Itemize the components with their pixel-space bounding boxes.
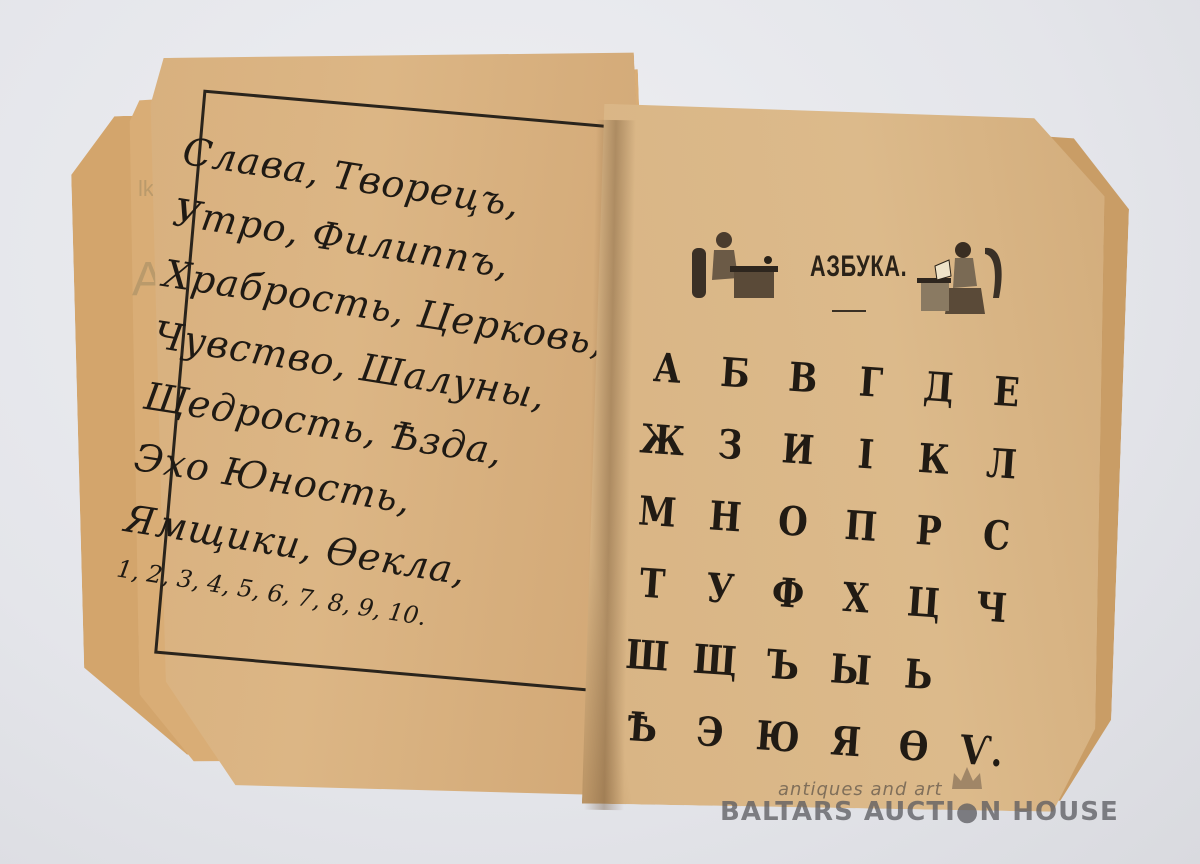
- title-area: АЗБУКА.: [690, 228, 1030, 318]
- auction-house-watermark: antiques and art BALTARS AUCTI●N HOUSE: [720, 775, 1140, 855]
- letter: Ш: [620, 630, 674, 680]
- letter: Б: [708, 348, 762, 398]
- letter: Ю: [751, 711, 805, 761]
- girl-reading-illustration-icon: [915, 238, 1005, 318]
- letter: У: [693, 563, 747, 613]
- letter: В: [776, 352, 830, 402]
- letter: Ѣ: [615, 702, 669, 752]
- title-rule: [832, 310, 866, 312]
- ghost-text-small: lk: [138, 176, 154, 202]
- letter: Ө: [887, 721, 941, 771]
- letter: Ц: [897, 577, 951, 627]
- letter: М: [630, 486, 684, 536]
- letter: Ы: [824, 644, 878, 694]
- letter: О: [766, 496, 820, 546]
- photo-stage: lk A Слава, Творецъ, Утро, Филиппъ, Храб…: [0, 0, 1200, 864]
- letter: З: [703, 419, 757, 469]
- letter: Э: [683, 707, 737, 757]
- letter: Ч: [964, 582, 1018, 632]
- boy-writing-illustration-icon: [690, 228, 780, 308]
- letter: Я: [819, 716, 873, 766]
- letter: [961, 677, 1012, 681]
- letter: І: [839, 429, 893, 479]
- letter: П: [834, 501, 888, 551]
- script-text-block: Слава, Творецъ, Утро, Филиппъ, Храбрость…: [115, 120, 603, 648]
- letter: С: [969, 510, 1023, 560]
- watermark-name: BALTARS AUCTI●N HOUSE: [720, 797, 1119, 827]
- letter: Г: [844, 357, 898, 407]
- letter: Л: [974, 438, 1028, 488]
- letter: Т: [625, 558, 679, 608]
- letter: Е: [980, 367, 1034, 417]
- letter: Х: [829, 572, 883, 622]
- crown-icon: [950, 765, 984, 791]
- letter: К: [907, 434, 961, 484]
- letter: И: [771, 424, 825, 474]
- letter: Щ: [688, 635, 742, 685]
- letter: Ж: [635, 415, 689, 465]
- alphabet-grid: А Б В Г Д Е Ж З И І К Л М Н О П Р С Т У …: [610, 330, 1039, 789]
- letter: Д: [912, 362, 966, 412]
- book-title: АЗБУКА.: [810, 250, 907, 284]
- letter: Ь: [892, 649, 946, 699]
- letter: Н: [698, 491, 752, 541]
- letter: Ф: [761, 568, 815, 618]
- letter: Р: [902, 505, 956, 555]
- letter: А: [640, 343, 694, 393]
- letter: Ъ: [756, 640, 810, 690]
